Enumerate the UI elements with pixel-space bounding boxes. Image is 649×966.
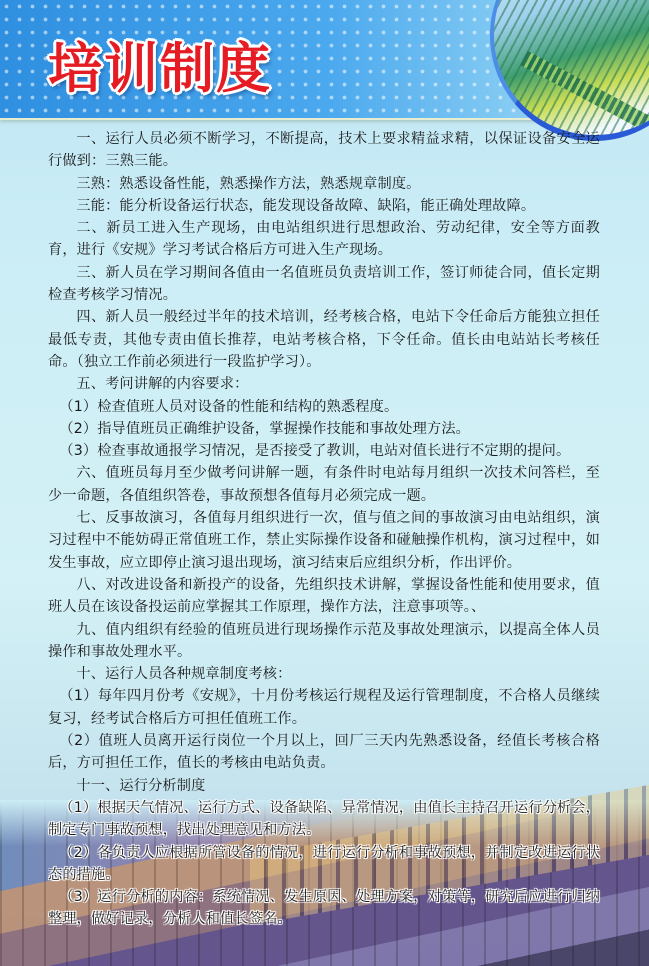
paragraph-11-item-1: （1）根据天气情况、运行方式、设备缺陷、异常情况，由值长主持召开运行分析会，制定…	[48, 797, 600, 842]
paragraph-5-item-2: （2）指导值班员正确维护设备，掌握操作技能和事故处理方法。	[48, 418, 600, 440]
paragraph-11-item-3: （3）运行分析的内容：系统情况、发生原因、处理方案，对策等，研究后应进行归纳整理…	[48, 886, 600, 931]
paragraph-san-shu: 三熟：熟悉设备性能，熟悉操作方法，熟悉规章制度。	[48, 173, 600, 195]
regulation-body: 一、运行人员必须不断学习，不断提高，技术上要求精益求精，以保证设备安全运行做到：…	[48, 128, 600, 931]
paragraph-11: 十一、运行分析制度	[48, 775, 600, 797]
page-title: 培训制度	[48, 26, 272, 103]
paragraph-6: 六、值班员每月至少做考问讲解一题，有条件时电站每月组织一次技术问答栏，至少一命题…	[48, 462, 600, 507]
paragraph-5: 五、考问讲解的内容要求：	[48, 373, 600, 395]
paragraph-san-neng: 三能：能分析设备运行状态，能发现设备故障、缺陷，能正确处理故障。	[48, 195, 600, 217]
paragraph-2: 二、新员工进入生产现场，由电站组织进行思想政治、劳动纪律，安全等方面教育，进行《…	[48, 217, 600, 262]
paragraph-10-item-2: （2）值班人员离开运行岗位一个月以上，回厂三天内先熟悉设备，经值长考核合格后，方…	[48, 730, 600, 775]
paragraph-10-item-1: （1）每年四月份考《安规》，十月份考核运行规程及运行管理制度，不合格人员继续复习…	[48, 685, 600, 730]
paragraph-7: 七、反事故演习，各值每月组织进行一次，值与值之间的事故演习由电站组织，演习过程中…	[48, 507, 600, 574]
paragraph-5-item-1: （1）检查值班人员对设备的性能和结构的熟悉程度。	[48, 396, 600, 418]
paragraph-9: 九、值内组织有经验的值班员进行现场操作示范及事故处理演示，以提高全体人员操作和事…	[48, 619, 600, 664]
paragraph-11-item-2: （2）各负责人应根据所管设备的情况，进行运行分析和事故预想，并制定改进运行状态的…	[48, 842, 600, 887]
paragraph-8: 八、对改进设备和新投产的设备，先组织技术讲解，掌握设备性能和使用要求，值班人员在…	[48, 574, 600, 619]
header-banner: 培训制度	[0, 0, 649, 120]
paragraph-4: 四、新人员一般经过半年的技术培训，经考核合格，电站下令任命后方能独立担任最低专责…	[48, 306, 600, 373]
paragraph-10: 十、运行人员各种规章制度考核：	[48, 663, 600, 685]
paragraph-3: 三、新人员在学习期间各值由一名值班员负责培训工作，签订师徒合同，值长定期检查考核…	[48, 262, 600, 307]
dam-photo-circle	[490, 0, 649, 141]
paragraph-5-item-3: （3）检查事故通报学习情况，是否接受了教训，电站对值长进行不定期的提问。	[48, 440, 600, 462]
paragraph-1: 一、运行人员必须不断学习，不断提高，技术上要求精益求精，以保证设备安全运行做到：…	[48, 128, 600, 173]
